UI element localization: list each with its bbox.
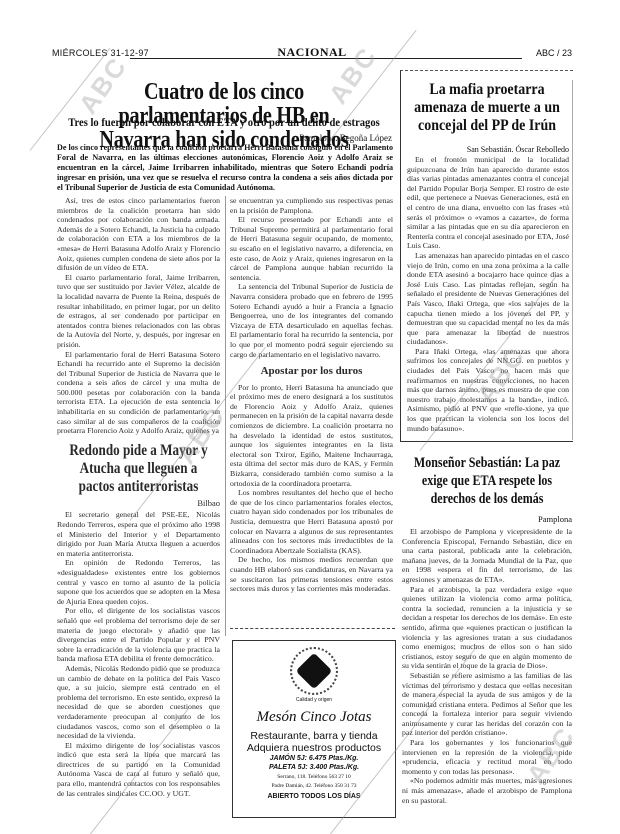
paragraph: El recurso presentado por Echandi ante e… bbox=[230, 215, 393, 282]
ad-logo-caption: Calidad y origen bbox=[233, 697, 395, 703]
paragraph: El parlamentario foral de Herri Batasuna… bbox=[57, 350, 220, 436]
paragraph: De hecho, los mismos medios recuerdan qu… bbox=[230, 555, 393, 593]
main-lead: De los cinco representantes que la coali… bbox=[57, 143, 393, 193]
advertisement: Calidad y origen Mesón Cinco Jotas Resta… bbox=[232, 640, 396, 818]
right-article-place: Pamplona bbox=[402, 514, 572, 524]
paragraph: Además, Nicolás Redondo pidió que se pro… bbox=[57, 664, 220, 741]
paragraph: Para los gobernantes y los funcionarios … bbox=[402, 738, 572, 776]
ad-address-2: Padre Damián, 42. Teléfono 350 31 73 bbox=[233, 783, 395, 790]
ad-name: Mesón Cinco Jotas bbox=[233, 709, 395, 726]
right-box-article: La mafia proetarra amenaza de muerte a u… bbox=[400, 70, 573, 442]
paragraph: Sebastián se refiere asimismo a las fami… bbox=[402, 671, 572, 738]
right-edge-rule bbox=[572, 80, 573, 440]
dashed-divider bbox=[230, 628, 395, 629]
ad-open-hours: ABIERTO TODOS LOS DÍAS bbox=[233, 793, 395, 800]
column-divider bbox=[225, 196, 226, 636]
section-title: NACIONAL bbox=[52, 45, 572, 60]
right-box-headline: La mafia proetarra amenaza de muerte a u… bbox=[410, 81, 565, 135]
second-article-headline: Redondo pide a Mayor y Atucha que llegue… bbox=[62, 442, 215, 496]
right-box-body: En el frontón municipal de la localidad … bbox=[401, 155, 573, 433]
main-byline: Pamplona. Begoña López bbox=[230, 133, 392, 143]
paragraph: Por ello, el dirigente de los socialista… bbox=[57, 606, 220, 664]
paragraph: La sentencia del Tribunal Superior de Ju… bbox=[230, 282, 393, 359]
right-box-byline: San Sebastián. Óscar Rebolledo bbox=[401, 145, 569, 154]
main-subheadline: Tres lo fueron por colaborar con ETA y o… bbox=[64, 115, 384, 130]
right-article-headline: Monseñor Sebastián: La paz exige que ETA… bbox=[401, 454, 572, 508]
paragraph: El máximo dirigente de los socialistas v… bbox=[57, 741, 220, 799]
paragraph: Así, tres de estos cinco parlamentarios … bbox=[57, 196, 220, 273]
column-1: Así, tres de estos cinco parlamentarios … bbox=[57, 196, 220, 798]
paragraph: Los nombres resultantes del hecho que el… bbox=[230, 488, 393, 555]
paragraph: Las amenazas han aparecido pintadas en e… bbox=[407, 251, 569, 347]
logo-diamond-icon bbox=[296, 653, 333, 690]
paragraph: El cuarto parlamentario foral, Jaime Irr… bbox=[57, 273, 220, 350]
ad-price-jamon: JAMÓN 5J: 6.475 Ptas./Kg. bbox=[233, 754, 395, 763]
ad-line-2: Adquiera nuestros productos bbox=[233, 742, 395, 754]
ad-line-1: Restaurante, barra y tienda bbox=[233, 730, 395, 742]
paragraph: Por lo pronto, Herri Batasuna ha anuncia… bbox=[230, 383, 393, 489]
ad-price-paleta: PALETA 5J: 3.400 Ptas./Kg. bbox=[233, 763, 395, 772]
right-article-body: El arzobispo de Pamplona y vicepresident… bbox=[402, 527, 572, 805]
column-2: se encuentran ya cumpliendo sus respecti… bbox=[230, 196, 393, 594]
paragraph: En opinión de Redondo Terreros, las «des… bbox=[57, 558, 220, 606]
page-number: ABC / 23 bbox=[536, 48, 572, 58]
right-article: Monseñor Sebastián: La paz exige que ETA… bbox=[402, 454, 572, 805]
second-article-place: Bilbao bbox=[57, 499, 220, 509]
paragraph: En el frontón municipal de la localidad … bbox=[407, 155, 569, 251]
ad-address-1: Serrano, 118. Teléfono 563 27 10 bbox=[233, 774, 395, 781]
paragraph: «No podemos admitir más muertes, más agr… bbox=[402, 776, 572, 805]
paragraph: El secretario general del PSE-EE, Nicolá… bbox=[57, 510, 220, 558]
ham-seal-logo-icon bbox=[290, 647, 338, 695]
page-header: MIÉRCOLES 31-12-97 NACIONAL ABC / 23 bbox=[52, 44, 572, 62]
paragraph: Para Iñaki Ortega, «las amenazas que aho… bbox=[407, 347, 569, 433]
paragraph: El arzobispo de Pamplona y vicepresident… bbox=[402, 527, 572, 585]
intertitle: Apostar por los duros bbox=[230, 367, 393, 377]
paragraph: Para el arzobispo, la paz verdadera exig… bbox=[402, 585, 572, 671]
paragraph: se encuentran ya cumpliendo sus respecti… bbox=[230, 196, 393, 215]
